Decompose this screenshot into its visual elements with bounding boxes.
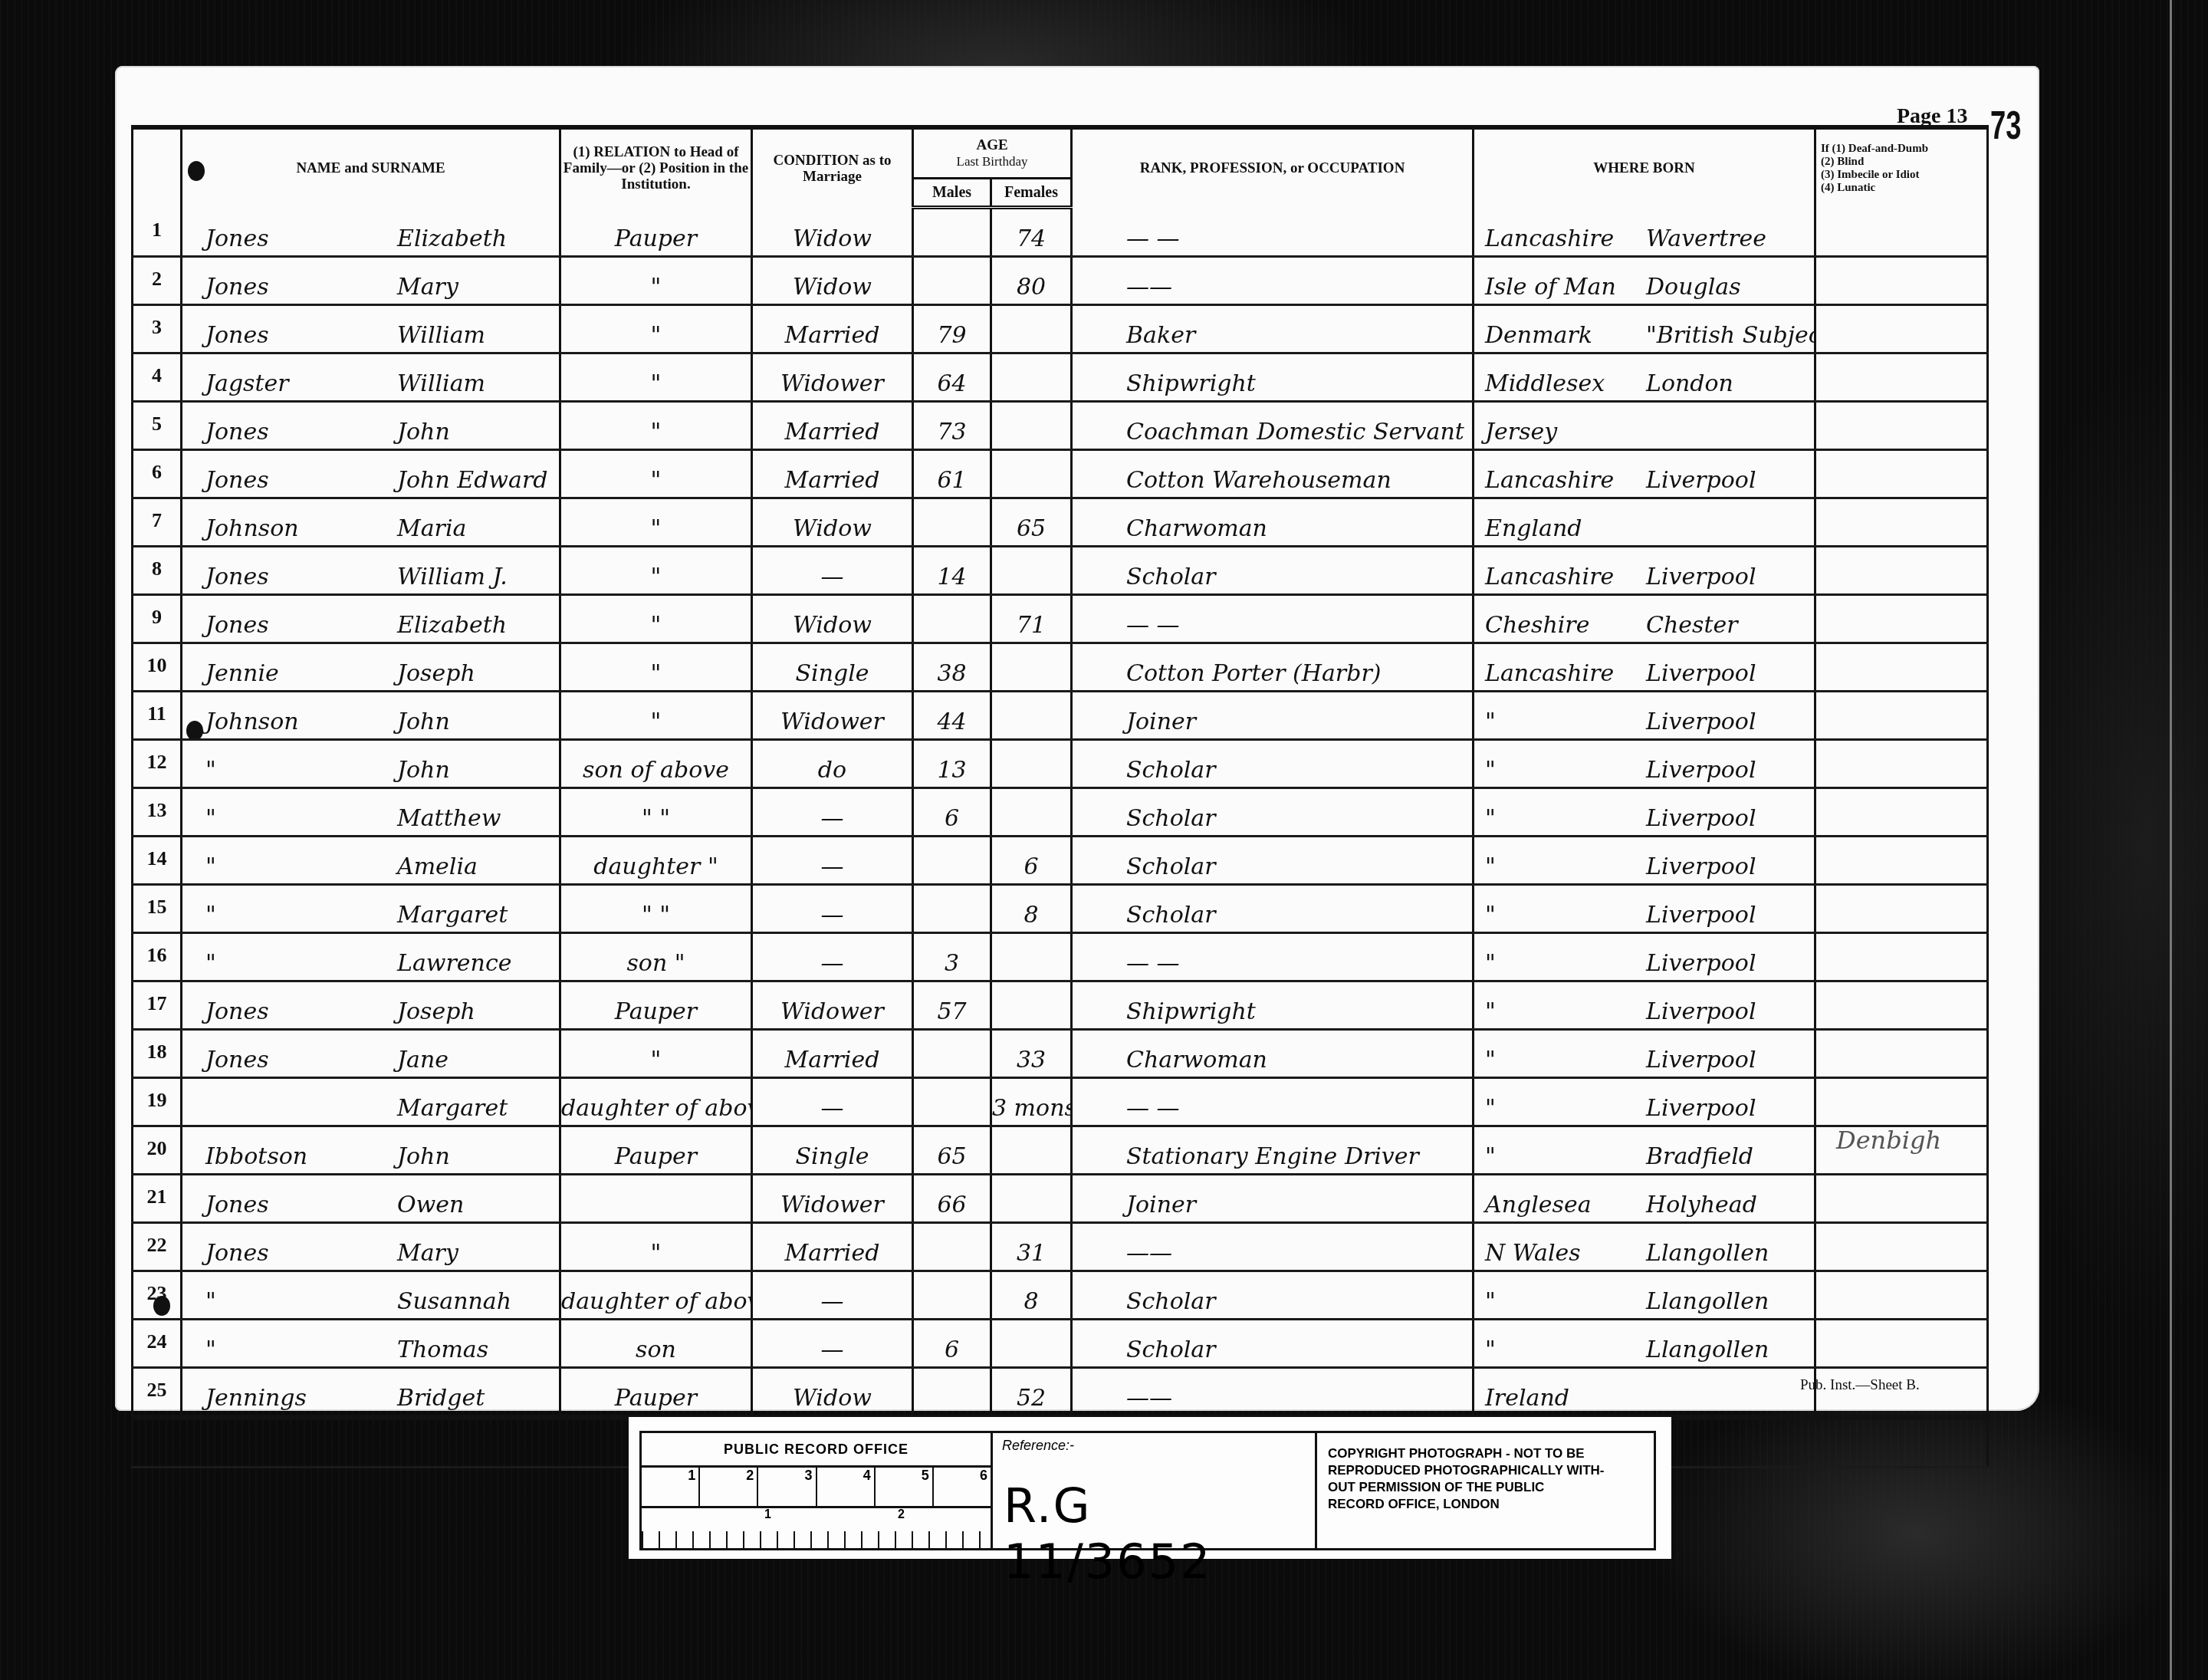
row-number: 9 <box>133 595 182 643</box>
row-number: 24 <box>133 1320 182 1368</box>
relation-cell: " <box>560 498 752 547</box>
infirmity-cell <box>1815 643 1988 692</box>
name-cell: IbbotsonJohn <box>182 1126 560 1175</box>
born-place: Bradfield <box>1646 1143 1753 1170</box>
born-county: Middlesex <box>1485 370 1646 397</box>
forename: Joseph <box>397 998 475 1025</box>
row-number: 15 <box>133 885 182 933</box>
occupation-cell: Scholar <box>1072 547 1474 595</box>
age-female-cell <box>991 788 1072 837</box>
born-place: Chester <box>1646 612 1738 639</box>
age-female-cell: 8 <box>991 885 1072 933</box>
name-cell: JonesWilliam <box>182 305 560 353</box>
age-female-cell <box>991 933 1072 981</box>
occupation-cell: Shipwright <box>1072 981 1474 1030</box>
census-row: 5JonesJohn"Married73Coachman Domestic Se… <box>133 402 1988 450</box>
name-cell: "Susannah <box>182 1271 560 1320</box>
age-female-cell: 6 <box>991 837 1072 885</box>
born-county: " <box>1485 708 1646 735</box>
born-place: Liverpool <box>1646 950 1756 977</box>
where-born-cell: N WalesLlangollen <box>1474 1223 1815 1271</box>
forename: Maria <box>397 515 466 542</box>
name-cell: "Lawrence <box>182 933 560 981</box>
age-male-cell: 64 <box>913 353 991 402</box>
occupation-cell: Scholar <box>1072 788 1474 837</box>
infirmity-cell <box>1815 837 1988 885</box>
age-male-cell: 65 <box>913 1126 991 1175</box>
row-number: 20 <box>133 1126 182 1175</box>
forename: John <box>397 708 450 735</box>
age-male-cell <box>913 1368 991 1418</box>
born-place: Liverpool <box>1646 902 1756 929</box>
header-age-subtitle: Last Birthday <box>914 153 1070 169</box>
name-cell: "John <box>182 740 560 788</box>
forename: John <box>397 757 450 784</box>
born-county: " <box>1485 853 1646 880</box>
relation-cell: son " <box>560 933 752 981</box>
age-female-cell: 74 <box>991 208 1072 257</box>
age-female-cell: 31 <box>991 1223 1072 1271</box>
condition-cell: Married <box>752 1030 913 1078</box>
surname: Johnson <box>205 515 397 542</box>
row-number: 7 <box>133 498 182 547</box>
age-female-cell <box>991 981 1072 1030</box>
relation-cell: daughter " <box>560 837 752 885</box>
born-place: Liverpool <box>1646 660 1756 687</box>
reference-label: Reference:- <box>1002 1438 1074 1454</box>
occupation-cell: Joiner <box>1072 1175 1474 1223</box>
surname: Jennings <box>205 1385 397 1412</box>
where-born-cell: "Liverpool <box>1474 837 1815 885</box>
forename: William <box>397 322 485 349</box>
reference-slip: PUBLIC RECORD OFFICE 1 2 3 4 5 6 1 2 Ref… <box>629 1417 1671 1559</box>
surname: Jones <box>205 564 397 590</box>
born-place: Liverpool <box>1646 853 1756 880</box>
born-place: Liverpool <box>1646 1047 1756 1073</box>
born-county: Lancashire <box>1485 564 1646 590</box>
scale-number: 3 <box>758 1468 816 1506</box>
infirmity-cell <box>1815 933 1988 981</box>
age-female-cell <box>991 1175 1072 1223</box>
condition-cell: — <box>752 837 913 885</box>
sheet-footer: Pub. Inst.—Sheet B. <box>1800 1377 1920 1394</box>
occupation-cell: Scholar <box>1072 740 1474 788</box>
born-place: Liverpool <box>1646 998 1756 1025</box>
infirmity-cell <box>1815 353 1988 402</box>
born-county: Denmark <box>1485 322 1646 349</box>
name-cell: JonesWilliam J. <box>182 547 560 595</box>
name-cell: JagsterWilliam <box>182 353 560 402</box>
age-male-cell: 6 <box>913 788 991 837</box>
where-born-cell: "Liverpool <box>1474 788 1815 837</box>
relation-cell: " <box>560 353 752 402</box>
where-born-cell: "Llangollen <box>1474 1320 1815 1368</box>
infirmity-cell <box>1815 981 1988 1030</box>
where-born-cell: "Llangollen <box>1474 1271 1815 1320</box>
surname: Jones <box>205 1047 397 1073</box>
condition-cell: Widower <box>752 981 913 1030</box>
age-male-cell <box>913 885 991 933</box>
where-born-cell: Ireland <box>1474 1368 1815 1418</box>
header-rownum <box>133 127 182 208</box>
age-male-cell: 79 <box>913 305 991 353</box>
census-row: 20IbbotsonJohnPauperSingle65Stationary E… <box>133 1126 1988 1175</box>
condition-cell: Widower <box>752 1175 913 1223</box>
age-male-cell: 44 <box>913 692 991 740</box>
ruler-label: 1 <box>764 1508 771 1522</box>
where-born-cell: LancashireWavertree <box>1474 208 1815 257</box>
born-place: Liverpool <box>1646 805 1756 832</box>
relation-cell: " <box>560 1030 752 1078</box>
born-place: "British Subject" <box>1646 322 1815 349</box>
condition-cell: — <box>752 1320 913 1368</box>
header-occupation: RANK, PROFESSION, or OCCUPATION <box>1072 127 1474 208</box>
infirmity-cell <box>1815 402 1988 450</box>
born-county: " <box>1485 805 1646 832</box>
where-born-cell: England <box>1474 498 1815 547</box>
census-row: 6JonesJohn Edward"Married61Cotton Wareho… <box>133 450 1988 498</box>
pro-title: PUBLIC RECORD OFFICE <box>642 1433 991 1468</box>
where-born-cell: "Liverpool <box>1474 1078 1815 1126</box>
inch-ruler: 1 2 <box>642 1508 991 1548</box>
born-place: Llangollen <box>1646 1240 1769 1267</box>
born-place: Liverpool <box>1646 757 1756 784</box>
condition-cell: Widow <box>752 257 913 305</box>
relation-cell <box>560 1175 752 1223</box>
age-female-cell: 3 mons <box>991 1078 1072 1126</box>
where-born-cell: "Liverpool <box>1474 885 1815 933</box>
born-county: " <box>1485 757 1646 784</box>
census-row: 22JonesMary"Married31——N WalesLlangollen <box>133 1223 1988 1271</box>
forename: Mary <box>397 274 458 301</box>
census-row: 16"Lawrenceson "—3— —"Liverpool <box>133 933 1988 981</box>
condition-cell: do <box>752 740 913 788</box>
relation-cell: " <box>560 595 752 643</box>
born-place: Douglas <box>1646 274 1741 301</box>
census-row: 17JonesJosephPauperWidower57Shipwright"L… <box>133 981 1988 1030</box>
age-male-cell: 38 <box>913 643 991 692</box>
census-row: 10JennieJoseph"Single38Cotton Porter (Ha… <box>133 643 1988 692</box>
name-cell: JonesMary <box>182 257 560 305</box>
pro-scale-box: PUBLIC RECORD OFFICE 1 2 3 4 5 6 1 2 <box>642 1433 993 1548</box>
infirmity-cell <box>1815 1320 1988 1368</box>
born-place: Llangollen <box>1646 1336 1769 1363</box>
born-county: " <box>1485 1336 1646 1363</box>
scale-number: 6 <box>934 1468 991 1506</box>
relation-cell: Pauper <box>560 1368 752 1418</box>
row-number: 8 <box>133 547 182 595</box>
born-county: Lancashire <box>1485 660 1646 687</box>
header-relation: (1) RELATION to Head of Family—or (2) Po… <box>560 127 752 208</box>
row-number: 16 <box>133 933 182 981</box>
surname: " <box>205 757 397 784</box>
relation-cell: Pauper <box>560 981 752 1030</box>
age-female-cell: 80 <box>991 257 1072 305</box>
surname: " <box>205 1288 397 1315</box>
row-number: 3 <box>133 305 182 353</box>
born-county: " <box>1485 1095 1646 1122</box>
header-name: NAME and SURNAME <box>182 127 560 208</box>
age-female-cell <box>991 547 1072 595</box>
census-row: 4JagsterWilliam"Widower64ShipwrightMiddl… <box>133 353 1988 402</box>
born-county: England <box>1485 515 1646 542</box>
condition-cell: Married <box>752 450 913 498</box>
born-place: Holyhead <box>1646 1192 1757 1218</box>
surname: Jones <box>205 998 397 1025</box>
condition-cell: Widow <box>752 498 913 547</box>
surname: Jones <box>205 322 397 349</box>
forename: Owen <box>397 1192 464 1218</box>
row-number: 5 <box>133 402 182 450</box>
born-county: Ireland <box>1485 1385 1646 1412</box>
forename: Jane <box>397 1047 449 1073</box>
relation-cell: " " <box>560 788 752 837</box>
scale-number: 4 <box>817 1468 876 1506</box>
surname: Jennie <box>205 660 397 687</box>
surname: Jones <box>205 419 397 445</box>
surname: Jones <box>205 274 397 301</box>
scale-number: 2 <box>700 1468 758 1506</box>
born-county: " <box>1485 1047 1646 1073</box>
born-county: " <box>1485 902 1646 929</box>
born-county: Cheshire <box>1485 612 1646 639</box>
infirmity-cell <box>1815 1223 1988 1271</box>
age-male-cell <box>913 257 991 305</box>
where-born-cell: LancashireLiverpool <box>1474 547 1815 595</box>
where-born-cell: "Liverpool <box>1474 1030 1815 1078</box>
forename: Bridget <box>397 1385 485 1412</box>
infirmity-cell <box>1815 1030 1988 1078</box>
age-female-cell: 33 <box>991 1030 1072 1078</box>
occupation-cell: — — <box>1072 595 1474 643</box>
name-cell: JohnsonJohn <box>182 692 560 740</box>
infirmity-cell <box>1815 788 1988 837</box>
name-cell: JonesJohn Edward <box>182 450 560 498</box>
row-number: 10 <box>133 643 182 692</box>
born-county: " <box>1485 1288 1646 1315</box>
born-county: Anglesea <box>1485 1192 1646 1218</box>
age-female-cell <box>991 402 1072 450</box>
surname: " <box>205 1336 397 1363</box>
occupation-cell: — — <box>1072 1078 1474 1126</box>
forename: Joseph <box>397 660 475 687</box>
born-county: " <box>1485 950 1646 977</box>
condition-cell: Widower <box>752 692 913 740</box>
condition-cell: Widow <box>752 1368 913 1418</box>
where-born-cell: AngleseaHolyhead <box>1474 1175 1815 1223</box>
row-number: 6 <box>133 450 182 498</box>
census-row: 19Margaretdaughter of above—3 mons— —"Li… <box>133 1078 1988 1126</box>
census-row: 1JonesElizabethPauperWidow74— —Lancashir… <box>133 208 1988 257</box>
age-male-cell <box>913 595 991 643</box>
census-row: 18JonesJane"Married33Charwoman"Liverpool <box>133 1030 1988 1078</box>
born-place: Liverpool <box>1646 1095 1756 1122</box>
book-spine-edge <box>2170 0 2172 1680</box>
condition-cell: Married <box>752 402 913 450</box>
where-born-cell: Denmark"British Subject" <box>1474 305 1815 353</box>
infirmity-cell <box>1815 1271 1988 1320</box>
forename: Margaret <box>397 902 508 929</box>
row-number: 19 <box>133 1078 182 1126</box>
where-born-cell: CheshireChester <box>1474 595 1815 643</box>
surname: Jones <box>205 1240 397 1267</box>
reference-box: Reference:- R.G 11/3652 <box>993 1433 1317 1548</box>
age-female-cell <box>991 643 1072 692</box>
born-county: Isle of Man <box>1485 274 1646 301</box>
age-male-cell: 13 <box>913 740 991 788</box>
infirmity-cell <box>1815 208 1988 257</box>
condition-cell: — <box>752 933 913 981</box>
age-male-cell: 61 <box>913 450 991 498</box>
census-row: 7JohnsonMaria"Widow65CharwomanEngland <box>133 498 1988 547</box>
header-age-title: AGE <box>914 137 1070 153</box>
header-condition: CONDITION as to Marriage <box>752 127 913 208</box>
born-place: Liverpool <box>1646 564 1756 590</box>
census-row: 25JenningsBridgetPauperWidow52——Ireland <box>133 1368 1988 1418</box>
age-male-cell: 6 <box>913 1320 991 1368</box>
census-row: 23"Susannahdaughter of above—8Scholar"Ll… <box>133 1271 1988 1320</box>
name-cell: JonesElizabeth <box>182 208 560 257</box>
born-place: Liverpool <box>1646 708 1756 735</box>
condition-cell: — <box>752 1078 913 1126</box>
relation-cell: Pauper <box>560 1126 752 1175</box>
forename: Lawrence <box>397 950 511 977</box>
occupation-cell: Shipwright <box>1072 353 1474 402</box>
forename: William <box>397 370 485 397</box>
name-cell: JonesOwen <box>182 1175 560 1223</box>
row-number: 22 <box>133 1223 182 1271</box>
where-born-cell: MiddlesexLondon <box>1474 353 1815 402</box>
relation-cell: daughter of above <box>560 1078 752 1126</box>
age-female-cell <box>991 692 1072 740</box>
condition-cell: Widower <box>752 353 913 402</box>
surname: Jones <box>205 612 397 639</box>
name-cell: JonesMary <box>182 1223 560 1271</box>
relation-cell: son of above <box>560 740 752 788</box>
surname: Jones <box>205 225 397 252</box>
occupation-cell: Cotton Porter (Harbr) <box>1072 643 1474 692</box>
forename: John <box>397 1143 450 1170</box>
age-female-cell <box>991 353 1072 402</box>
relation-cell: " <box>560 450 752 498</box>
name-cell: JennieJoseph <box>182 643 560 692</box>
row-number: 12 <box>133 740 182 788</box>
infirmity-cell <box>1815 305 1988 353</box>
name-cell: JonesJohn <box>182 402 560 450</box>
name-cell: JonesJane <box>182 1030 560 1078</box>
name-cell: JonesJoseph <box>182 981 560 1030</box>
where-born-cell: "Bradfield <box>1474 1126 1815 1175</box>
infirmity-cell <box>1815 692 1988 740</box>
margin-annotation: Denbigh <box>1836 1126 1941 1155</box>
relation-cell: daughter of above <box>560 1271 752 1320</box>
infirmity-cell <box>1815 1175 1988 1223</box>
surname: " <box>205 950 397 977</box>
surname: Jagster <box>205 370 397 397</box>
age-male-cell <box>913 837 991 885</box>
row-number: 13 <box>133 788 182 837</box>
name-cell: JohnsonMaria <box>182 498 560 547</box>
occupation-cell: Scholar <box>1072 1271 1474 1320</box>
copyright-notice: COPYRIGHT PHOTOGRAPH - NOT TO BE REPRODU… <box>1317 1433 1654 1548</box>
age-male-cell: 14 <box>913 547 991 595</box>
row-number: 23 <box>133 1271 182 1320</box>
born-county: " <box>1485 998 1646 1025</box>
condition-cell: — <box>752 788 913 837</box>
condition-cell: Married <box>752 305 913 353</box>
where-born-cell: Jersey <box>1474 402 1815 450</box>
name-cell: "Thomas <box>182 1320 560 1368</box>
census-table: NAME and SURNAME (1) RELATION to Head of… <box>131 125 1989 1468</box>
condition-cell: Married <box>752 1223 913 1271</box>
infirmity-cell <box>1815 257 1988 305</box>
age-male-cell <box>913 208 991 257</box>
where-born-cell: "Liverpool <box>1474 981 1815 1030</box>
relation-cell: " <box>560 692 752 740</box>
surname: Johnson <box>205 708 397 735</box>
row-number: 11 <box>133 692 182 740</box>
born-place: Wavertree <box>1646 225 1766 252</box>
relation-cell: son <box>560 1320 752 1368</box>
age-female-cell <box>991 1320 1072 1368</box>
occupation-cell: Scholar <box>1072 837 1474 885</box>
census-row: 15"Margaret" "—8Scholar"Liverpool <box>133 885 1988 933</box>
row-number: 18 <box>133 1030 182 1078</box>
infirmity-cell <box>1815 498 1988 547</box>
census-row: 9JonesElizabeth"Widow71— —CheshireCheste… <box>133 595 1988 643</box>
relation-cell: " <box>560 305 752 353</box>
age-female-cell <box>991 1126 1072 1175</box>
name-cell: "Matthew <box>182 788 560 837</box>
age-male-cell <box>913 1223 991 1271</box>
infirmity-cell <box>1815 1078 1988 1126</box>
condition-cell: Single <box>752 1126 913 1175</box>
scale-numbers: 1 2 3 4 5 6 <box>642 1468 991 1508</box>
born-county: " <box>1485 1143 1646 1170</box>
occupation-cell: Scholar <box>1072 1320 1474 1368</box>
header-age: AGE Last Birthday <box>913 127 1072 179</box>
header-females: Females <box>991 179 1072 208</box>
occupation-cell: Baker <box>1072 305 1474 353</box>
name-cell: "Amelia <box>182 837 560 885</box>
reference-value: R.G 11/3652 <box>1004 1478 1315 1590</box>
born-place: Llangollen <box>1646 1288 1769 1315</box>
relation-cell: " <box>560 643 752 692</box>
occupation-cell: —— <box>1072 257 1474 305</box>
condition-cell: — <box>752 1271 913 1320</box>
where-born-cell: "Liverpool <box>1474 740 1815 788</box>
forename: Elizabeth <box>397 612 507 639</box>
census-row: 13"Matthew" "—6Scholar"Liverpool <box>133 788 1988 837</box>
occupation-cell: Charwoman <box>1072 1030 1474 1078</box>
ruler-label: 2 <box>898 1508 905 1522</box>
occupation-cell: Cotton Warehouseman <box>1072 450 1474 498</box>
age-male-cell: 66 <box>913 1175 991 1223</box>
infirmity-cell <box>1815 547 1988 595</box>
age-male-cell: 73 <box>913 402 991 450</box>
condition-cell: Widow <box>752 595 913 643</box>
row-number: 14 <box>133 837 182 885</box>
where-born-cell: "Liverpool <box>1474 933 1815 981</box>
forename: Matthew <box>397 805 501 832</box>
forename: Mary <box>397 1240 458 1267</box>
census-row: 24"Thomasson—6Scholar"Llangollen <box>133 1320 1988 1368</box>
occupation-cell: — — <box>1072 208 1474 257</box>
forename: Margaret <box>397 1095 508 1122</box>
row-number: 2 <box>133 257 182 305</box>
infirmity-cell <box>1815 885 1988 933</box>
row-number: 21 <box>133 1175 182 1223</box>
